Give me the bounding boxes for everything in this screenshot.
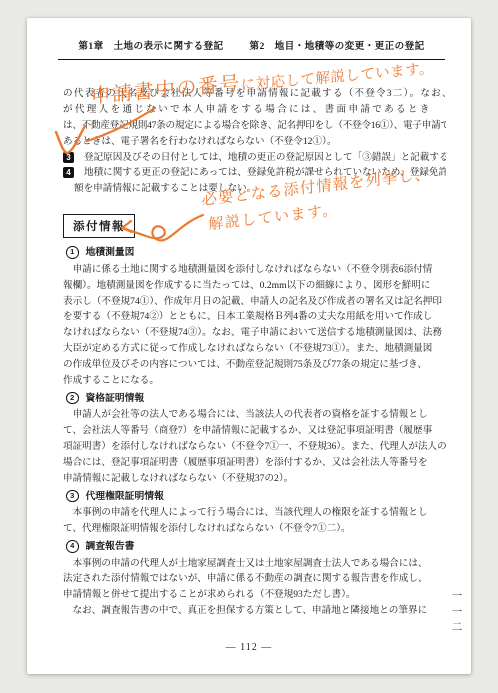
section-heading: 2資格証明情報 <box>63 391 446 408</box>
text-line: 本事例の申請を代理人によって行う場合には、当該代理人の権限を証する情報とし <box>63 505 446 521</box>
page-number: — 112 — <box>27 642 471 653</box>
vertical-page-number: 一一二 <box>450 589 464 636</box>
text-line: 大臣が定める方式に従って作成しなければならない（不登規73①）。また、地積測量図 <box>63 341 446 357</box>
text-line: 3登記原因及びその日付としては、地積の更正の登記原因として「③錯誤」と記載する。 <box>74 150 446 166</box>
text-line: 作成することになる。 <box>63 373 446 389</box>
subsections: 1地積測量図 申請に係る土地に関する地積測量図を添付しなければならない（不登令別… <box>63 245 446 619</box>
text-line: を要する（不登規74②）とともに、日本工業規格Ｂ列4番の丈夫な用紙を用いて作成し <box>63 309 446 325</box>
text-line: 場合には、登記事項証明書（履歴事項証明書）を添付するか、又は会社法人等番号を <box>63 455 446 471</box>
text-line: 法定された添付情報ではないが、申請に係る不動産の調査に関する報告書を作成し、 <box>63 571 446 587</box>
vertical-page-number-char: 二 <box>450 620 464 636</box>
text-line: なお、調査報告書の中で、真正を担保する方策として、申請地と隣接地との筆界に <box>63 603 446 619</box>
section-heading: 3代理権限証明情報 <box>63 489 446 506</box>
header-chapter: 第1章 土地の表示に関する登記 <box>78 41 223 52</box>
circled-number: 1 <box>66 246 79 259</box>
text-line: 表示し（不登規74①）、作成年月日の記載、申請人の記名及び作成者の署名又は記名押… <box>63 294 446 310</box>
text-line: 申請情報と併せて提出することが求められる（不登規93ただし書）。 <box>63 587 446 603</box>
circled-number: 4 <box>66 540 79 553</box>
text-line: て、代理権限証明情報を添付しなければならない（不登令7①二）。 <box>63 521 446 537</box>
text-line: て、会社法人等番号（商登7）を申請情報に記載するか、又は登記事項証明書（履歴事 <box>63 423 446 439</box>
text-line: 本事例の申請の代理人が土地家屋調査士又は土地家屋調査士法人である場合には、 <box>63 556 446 572</box>
text-line: の作成単位及びその内容については、不動産登記規則75条及び77条の規定に基づき、 <box>63 357 446 373</box>
text-line: 申請人が会社等の法人である場合には、当該法人の代表者の資格を証する情報とし <box>63 407 446 423</box>
numbered-item: 3登記原因及びその日付としては、地積の更正の登記原因として「③錯誤」と記載する。 <box>63 150 446 166</box>
text-line: あるときは、電子署名を行わなければならない（不登令12①）。 <box>63 134 446 150</box>
circled-number: 2 <box>66 392 79 405</box>
text-line: 申請情報に記載しなければならない（不登規37の2）。 <box>63 471 446 487</box>
square-marker: 4 <box>63 167 74 178</box>
text-line: 項証明書）を添付しなければならない（不登令7①一、不登規36）。また、代理人が法… <box>63 439 446 455</box>
text-line: 申請に係る土地に関する地積測量図を添付しなければならない（不登令別表6添付情 <box>63 262 446 278</box>
vertical-page-number-char: 一 <box>450 589 464 605</box>
text-line: 報欄）。地積測量図を作成するに当たっては、0.2mm以下の細線により、図形を鮮明… <box>63 278 446 294</box>
section-title: 代理権限証明情報 <box>86 491 164 502</box>
section-title: 調査報告書 <box>86 541 135 552</box>
square-marker: 3 <box>63 152 74 163</box>
text-line: なければならない（不登規74③）。なお、電子申請において送信する地積測量図は、法… <box>63 325 446 341</box>
attach-info-box: 添付情報 <box>63 214 135 238</box>
header-section: 第2 地目・地積等の変更・更正の登記 <box>250 41 425 52</box>
section-title: 資格証明情報 <box>86 393 145 404</box>
text-line: は、不動産登記規則47条の規定による場合を除き、記名押印をし（不登令16①）、電… <box>63 118 446 134</box>
section-heading: 1地積測量図 <box>63 245 446 262</box>
circled-number: 3 <box>66 490 79 503</box>
book-page: 第1章 土地の表示に関する登記第2 地目・地積等の変更・更正の登記 の代表者の氏… <box>27 18 471 674</box>
section-title: 地積測量図 <box>86 247 135 258</box>
section-heading: 4調査報告書 <box>63 539 446 556</box>
vertical-page-number-char: 一 <box>450 605 464 621</box>
